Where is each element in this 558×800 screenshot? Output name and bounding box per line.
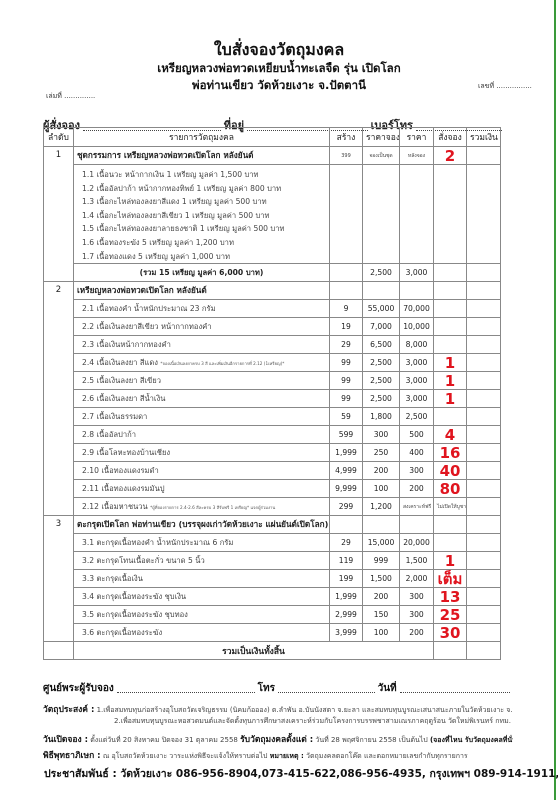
item-order-qty[interactable]: 40 <box>434 462 467 480</box>
table-row: 2.2 เนื้อเงินลงยาสีเขียว หน้ากากทองคำ197… <box>44 318 501 336</box>
table-row: 2.11 เนื้อทองแดงรมมันปู9,99910020080 <box>44 480 501 498</box>
ceremony-text: ณ อุโบสถวัดห้วยเงาะ วาระแห่งพิธีจะแจ้งให… <box>103 752 268 760</box>
group-title: เหรียญหลวงพ่อทวดเปิดโลก หลังยันต์ <box>74 282 330 300</box>
item-name: 3.1 ตะกรุดเนื้อทองคำ น้ำหนักประมาณ 6 กรั… <box>82 538 233 547</box>
item-created-qty: 9,999 <box>330 480 363 498</box>
col-header-total: รวมเงิน <box>467 128 501 147</box>
group-qty: 399 <box>330 147 363 165</box>
item-name: 2.12 เนื้อมหาชนวน <box>82 502 148 511</box>
set-price: 3,000 <box>400 264 434 282</box>
item-price: 200 <box>400 624 434 642</box>
center-date-field[interactable] <box>400 681 510 693</box>
item-total[interactable] <box>467 372 501 390</box>
empty-cell <box>434 516 467 534</box>
table-row: 3.5 ตะกรุดเนื้อทองระฆัง ชุบทอง2,99915030… <box>44 606 501 624</box>
col-header-no: ลำดับ <box>44 128 74 147</box>
center-field[interactable] <box>117 681 255 693</box>
col-header-item: รายการวัตถุมงคล <box>74 128 330 147</box>
ceremony-label: พิธีพุทธาภิเษก : <box>43 751 101 761</box>
item-created-qty: 3,999 <box>330 624 363 642</box>
item-name-cell: 2.11 เนื้อทองแดงรมมันปู <box>74 480 330 498</box>
item-reserve-price: 300 <box>363 426 400 444</box>
set-items-list: 1.1 เนื้อนวะ หน้ากากเงิน 1 เหรียญ มูลค่า… <box>74 165 330 264</box>
empty-cell <box>400 516 434 534</box>
item-reserve-price: 250 <box>363 444 400 462</box>
item-name-cell: 2.9 เนื้อโลหะทองบ้านเชียง <box>74 444 330 462</box>
item-reserve-price: 100 <box>363 480 400 498</box>
item-order-qty[interactable]: 30 <box>434 624 467 642</box>
purpose-text-1: 1.เพื่อสมทบทุนก่อสร้างอุโบสถวัดเจริญธรรม… <box>97 706 513 714</box>
item-reserve-price: 200 <box>363 588 400 606</box>
group-row: 1ชุดกรรมการ เหรียญหลวงพ่อทวดเปิดโลก หลัง… <box>44 147 501 165</box>
group-reserve: จองเป็นชุด <box>363 147 400 165</box>
item-price: 500 <box>400 426 434 444</box>
item-price: 10,000 <box>400 318 434 336</box>
item-created-qty: 99 <box>330 354 363 372</box>
item-total[interactable] <box>467 480 501 498</box>
group-price: หลังจอง <box>400 147 434 165</box>
empty-cell <box>434 282 467 300</box>
item-created-qty: 599 <box>330 426 363 444</box>
table-row: 2.5 เนื้อเงินลงยา สีเขียว992,5003,0001 <box>44 372 501 390</box>
empty-cell <box>467 516 501 534</box>
item-total[interactable] <box>467 534 501 552</box>
ceremony-line: พิธีพุทธาภิเษก : ณ อุโบสถวัดห้วยเงาะ วาร… <box>43 748 513 762</box>
item-total[interactable] <box>467 408 501 426</box>
group-title: ชุดกรรมการ เหรียญหลวงพ่อทวดเปิดโลก หลังย… <box>74 147 330 165</box>
item-name-cell: 2.2 เนื้อเงินลงยาสีเขียว หน้ากากทองคำ <box>74 318 330 336</box>
item-price: 8,000 <box>400 336 434 354</box>
item-name: 2.2 เนื้อเงินลงยาสีเขียว หน้ากากทองคำ <box>82 322 212 331</box>
item-name-cell: 3.2 ตะกรุดโทนเนื้อตะกั่ว ขนาด 5 นิ้ว <box>74 552 330 570</box>
remark-label: หมายเหตุ : <box>270 752 304 760</box>
set-total-row: (รวม 15 เหรียญ มูลค่า 6,000 บาท)2,5003,0… <box>44 264 501 282</box>
item-created-qty: 9 <box>330 300 363 318</box>
item-price: 200 <box>400 480 434 498</box>
item-created-qty: 1,999 <box>330 444 363 462</box>
table-row: 2.1 เนื้อทองคำ น้ำหนักประมาณ 23 กรัม955,… <box>44 300 501 318</box>
grand-total-row: รวมเป็นเงินทั้งสิ้น <box>44 642 501 660</box>
item-name: 2.8 เนื้ออัลปาก้า <box>82 430 136 439</box>
item-reserve-price: 1,800 <box>363 408 400 426</box>
item-price: 70,000 <box>400 300 434 318</box>
item-created-qty: 99 <box>330 390 363 408</box>
item-reserve-price: 999 <box>363 552 400 570</box>
item-created-qty: 59 <box>330 408 363 426</box>
set-reserve: 2,500 <box>363 264 400 282</box>
table-row: 2.6 เนื้อเงินลงยา สีน้ำเงิน992,5003,0001 <box>44 390 501 408</box>
item-name: 2.6 เนื้อเงินลงยา สีน้ำเงิน <box>82 394 165 403</box>
item-reserve-price: 55,000 <box>363 300 400 318</box>
group-number: 2 <box>44 282 74 516</box>
empty-cell <box>467 165 501 264</box>
item-price: 300 <box>400 606 434 624</box>
item-total[interactable] <box>467 606 501 624</box>
item-total[interactable] <box>467 552 501 570</box>
center-label: ศูนย์พระผู้รับจอง <box>43 681 114 696</box>
item-price: 3,000 <box>400 354 434 372</box>
purpose-line: วัตถุประสงค์ : 1.เพื่อสมทบทุนก่อสร้างอุโ… <box>43 702 513 716</box>
center-date-label: วันที่ <box>378 681 397 696</box>
item-reserve-price: 100 <box>363 624 400 642</box>
empty-cell <box>434 165 467 264</box>
item-total[interactable] <box>467 462 501 480</box>
item-name-cell: 3.1 ตะกรุดเนื้อทองคำ น้ำหนักประมาณ 6 กรั… <box>74 534 330 552</box>
set-item: 1.7 เนื้อทองแดง 5 เหรียญ มูลค่า 1,000 บา… <box>82 250 325 264</box>
item-name-cell: 2.8 เนื้ออัลปาก้า <box>74 426 330 444</box>
set-items-row: 1.1 เนื้อนวะ หน้ากากเงิน 1 เหรียญ มูลค่า… <box>44 165 501 264</box>
item-name: 2.7 เนื้อเงินธรรมดา <box>82 412 147 421</box>
item-order-qty[interactable]: 1 <box>434 354 467 372</box>
item-name-cell: 3.4 ตะกรุดเนื้อทองระฆัง ชุบเงิน <box>74 588 330 606</box>
item-reserve-price: 1,200 <box>363 498 400 516</box>
empty-cell <box>330 516 363 534</box>
item-created-qty: 199 <box>330 570 363 588</box>
set-total-label: (รวม 15 เหรียญ มูลค่า 6,000 บาท) <box>74 264 330 282</box>
item-total[interactable] <box>467 390 501 408</box>
item-reserve-price: 2,500 <box>363 390 400 408</box>
item-reserve-price: 15,000 <box>363 534 400 552</box>
group-total[interactable] <box>467 147 501 165</box>
item-order-qty[interactable] <box>434 318 467 336</box>
col-header-price: ราคา <box>400 128 434 147</box>
table-row: 2.3 เนื้อเงินหน้ากากทองคำ296,5008,000 <box>44 336 501 354</box>
item-created-qty: 19 <box>330 318 363 336</box>
item-order-qty[interactable]: 80 <box>434 480 467 498</box>
item-order-qty[interactable] <box>434 300 467 318</box>
page-edge-line <box>554 0 556 800</box>
empty-cell <box>363 282 400 300</box>
item-price: 2,500 <box>400 408 434 426</box>
receive-note: (จองที่ไหน รับวัตถุมงคลที่นั่น) <box>430 736 513 744</box>
table-row: 3.2 ตะกรุดโทนเนื้อตะกั่ว ขนาด 5 นิ้ว1199… <box>44 552 501 570</box>
table-row: 3.4 ตะกรุดเนื้อทองระฆัง ชุบเงิน1,9992003… <box>44 588 501 606</box>
item-price: 2,000 <box>400 570 434 588</box>
item-reserve-price: 6,500 <box>363 336 400 354</box>
item-order-qty[interactable]: เต็ม <box>434 570 467 588</box>
col-header-reserve-price: ราคาจอง <box>363 128 400 147</box>
center-phone-label: โทร <box>258 681 275 696</box>
empty-cell <box>400 165 434 264</box>
receiving-center-line: ศูนย์พระผู้รับจอง โทร วันที่ <box>43 681 513 696</box>
item-total[interactable] <box>467 426 501 444</box>
item-name: 2.10 เนื้อทองแดงรมดำ <box>82 466 159 475</box>
item-name: 3.4 ตะกรุดเนื้อทองระฆัง ชุบเงิน <box>82 592 186 601</box>
receive-text: วันที่ 28 พฤศจิกายน 2558 เป็นต้นไป <box>315 736 427 744</box>
item-name-cell: 2.10 เนื้อทองแดงรมดำ <box>74 462 330 480</box>
item-created-qty: 29 <box>330 336 363 354</box>
table-row: 2.10 เนื้อทองแดงรมดำ4,99920030040 <box>44 462 501 480</box>
item-order-qty[interactable]: 13 <box>434 588 467 606</box>
table-row: 2.12 เนื้อมหาชนวน *ผู้ที่จองรายการ 2.4-2… <box>44 498 501 516</box>
item-price: 1,500 <box>400 552 434 570</box>
item-created-qty: 29 <box>330 534 363 552</box>
item-order-qty[interactable]: 1 <box>434 372 467 390</box>
item-order-qty[interactable]: 25 <box>434 606 467 624</box>
grand-total-label: รวมเป็นเงินทั้งสิ้น <box>74 642 434 660</box>
booking-dates-line: วันเปิดจอง : ตั้งแต่วันที่ 20 สิงหาคม ปิ… <box>43 732 513 746</box>
item-name-cell: 2.6 เนื้อเงินลงยา สีน้ำเงิน <box>74 390 330 408</box>
item-name: 3.2 ตะกรุดโทนเนื้อตะกั่ว ขนาด 5 นิ้ว <box>82 556 205 565</box>
table-row: 2.4 เนื้อเงินลงยา สีแดง *จองเนื้อเงินลงย… <box>44 354 501 372</box>
grand-total-amount[interactable] <box>467 642 501 660</box>
item-name: 2.4 เนื้อเงินลงยา สีแดง <box>82 358 158 367</box>
col-header-order: สั่งจอง <box>434 128 467 147</box>
empty-cell <box>400 282 434 300</box>
item-total[interactable] <box>467 588 501 606</box>
empty-cell <box>363 165 400 264</box>
group-row: 2เหรียญหลวงพ่อทวดเปิดโลก หลังยันต์ <box>44 282 501 300</box>
item-order-qty[interactable] <box>434 336 467 354</box>
empty-cell <box>467 282 501 300</box>
set-item: 1.5 เนื้อกะไหล่ทองลงยาลายธงชาติ 1 เหรียญ… <box>82 222 325 236</box>
table-row: 3.6 ตะกรุดเนื้อทองระฆัง3,99910020030 <box>44 624 501 642</box>
group-order-qty[interactable]: 2 <box>434 147 467 165</box>
item-name-cell: 2.1 เนื้อทองคำ น้ำหนักประมาณ 23 กรัม <box>74 300 330 318</box>
contact-line: ประชาสัมพันธ์ : วัดห้วยเงาะ 086-956-8904… <box>44 765 558 782</box>
item-name-cell: 2.12 เนื้อมหาชนวน *ผู้ที่จองรายการ 2.4-2… <box>74 498 330 516</box>
document-number: เลขที่ ................ <box>478 81 532 92</box>
item-name-cell: 3.3 ตะกรุดเนื้อเงิน <box>74 570 330 588</box>
center-phone-field[interactable] <box>278 681 375 693</box>
empty-cell <box>363 516 400 534</box>
item-price: 400 <box>400 444 434 462</box>
open-text: ตั้งแต่วันที่ 20 สิงหาคม ปิดจอง 31 ตุลาค… <box>90 736 238 744</box>
item-price: 20,000 <box>400 534 434 552</box>
table-row: 2.9 เนื้อโลหะทองบ้านเชียง1,99925040016 <box>44 444 501 462</box>
item-order-qty[interactable]: 16 <box>434 444 467 462</box>
item-name-cell: 2.3 เนื้อเงินหน้ากากทองคำ <box>74 336 330 354</box>
table-row: 2.7 เนื้อเงินธรรมดา591,8002,500 <box>44 408 501 426</box>
empty-cell <box>330 282 363 300</box>
item-reserve-price: 1,500 <box>363 570 400 588</box>
item-reserve-price: 2,500 <box>363 354 400 372</box>
item-created-qty: 299 <box>330 498 363 516</box>
item-name: 2.1 เนื้อทองคำ น้ำหนักประมาณ 23 กรัม <box>82 304 216 313</box>
item-reserve-price: 7,000 <box>363 318 400 336</box>
set-item: 1.2 เนื้ออัลปาก้า หน้ากากทองทิพย์ 1 เหรี… <box>82 182 325 196</box>
table-row: 3.1 ตะกรุดเนื้อทองคำ น้ำหนักประมาณ 6 กรั… <box>44 534 501 552</box>
purpose-text-2: 2.เพื่อสมทบทุนบูรณะหอสวดมนต์และจัดตั้งทุ… <box>114 717 511 725</box>
item-name: 3.3 ตะกรุดเนื้อเงิน <box>82 574 143 583</box>
group-row: 3ตะกรุดเปิดโลก พ่อท่านเขียว (บรรจุผงเก่า… <box>44 516 501 534</box>
item-total[interactable] <box>467 318 501 336</box>
item-total[interactable] <box>467 300 501 318</box>
col-header-created: สร้าง <box>330 128 363 147</box>
table-row: 2.8 เนื้ออัลปาก้า5993005004 <box>44 426 501 444</box>
item-created-qty: 4,999 <box>330 462 363 480</box>
set-item: 1.1 เนื้อนวะ หน้ากากเงิน 1 เหรียญ มูลค่า… <box>82 168 325 182</box>
item-price: สงเคราะห์ฟรี <box>400 498 434 516</box>
item-name-cell: 3.6 ตะกรุดเนื้อทองระฆัง <box>74 624 330 642</box>
item-order-qty[interactable] <box>434 534 467 552</box>
table-header-row: ลำดับ รายการวัตถุมงคล สร้าง ราคาจอง ราคา… <box>44 128 501 147</box>
purpose-line-2: 2.เพื่อสมทบทุนบูรณะหอสวดมนต์และจัดตั้งทุ… <box>114 716 558 727</box>
item-total[interactable] <box>467 336 501 354</box>
item-name: 2.11 เนื้อทองแดงรมมันปู <box>82 484 165 493</box>
item-created-qty: 2,999 <box>330 606 363 624</box>
grand-total-order[interactable] <box>434 642 467 660</box>
item-name: 2.3 เนื้อเงินหน้ากากทองคำ <box>82 340 171 349</box>
item-total[interactable] <box>467 444 501 462</box>
empty-cell <box>44 642 74 660</box>
item-order-qty[interactable]: 4 <box>434 426 467 444</box>
empty-cell <box>330 264 363 282</box>
purpose-label: วัตถุประสงค์ : <box>43 705 94 715</box>
open-label: วันเปิดจอง : <box>43 735 88 745</box>
item-note: *ผู้ที่จองรายการ 2.4-2.6 สีละครบ 3 สีรับ… <box>150 505 275 510</box>
item-price: 3,000 <box>400 390 434 408</box>
set-item: 1.3 เนื้อกะไหล่ทองลงยาสีแดง 1 เหรียญ มูล… <box>82 195 325 209</box>
item-order-qty[interactable] <box>434 408 467 426</box>
item-name-cell: 2.7 เนื้อเงินธรรมดา <box>74 408 330 426</box>
item-name: 2.5 เนื้อเงินลงยา สีเขียว <box>82 376 161 385</box>
item-name: 3.6 ตะกรุดเนื้อทองระฆัง <box>82 628 162 637</box>
item-name: 2.9 เนื้อโลหะทองบ้านเชียง <box>82 448 170 457</box>
set-item: 1.4 เนื้อกะไหล่ทองลงยาสีเขียว 1 เหรียญ ม… <box>82 209 325 223</box>
item-total[interactable] <box>467 570 501 588</box>
book-number: เล่มที่ .............. <box>46 91 95 102</box>
set-row-total[interactable] <box>467 264 501 282</box>
group-title: ตะกรุดเปิดโลก พ่อท่านเขียว (บรรจุผงเก่าว… <box>74 516 330 534</box>
item-order-qty[interactable]: 1 <box>434 390 467 408</box>
receive-label: รับวัตถุมงคลตั้งแต่ : <box>240 735 313 745</box>
table-row: 3.3 ตะกรุดเนื้อเงิน1991,5002,000เต็ม <box>44 570 501 588</box>
item-total[interactable] <box>467 354 501 372</box>
item-created-qty: 99 <box>330 372 363 390</box>
item-price: 300 <box>400 588 434 606</box>
item-reserve-price: 2,500 <box>363 372 400 390</box>
remark-text: วัตถุมงคลตอกโค๊ด และตอกหมายเลขกำกับทุกรา… <box>306 752 468 760</box>
group-number: 1 <box>44 147 74 282</box>
item-total[interactable] <box>467 624 501 642</box>
set-order[interactable] <box>434 264 467 282</box>
item-reserve-price: 200 <box>363 462 400 480</box>
item-name-cell: 3.5 ตะกรุดเนื้อทองระฆัง ชุบทอง <box>74 606 330 624</box>
item-name-cell: 2.5 เนื้อเงินลงยา สีเขียว <box>74 372 330 390</box>
item-price: 300 <box>400 462 434 480</box>
group-number: 3 <box>44 516 74 642</box>
empty-cell <box>330 165 363 264</box>
item-name: 3.5 ตะกรุดเนื้อทองระฆัง ชุบทอง <box>82 610 188 619</box>
set-item: 1.6 เนื้อทองระฆัง 5 เหรียญ มูลค่า 1,200 … <box>82 236 325 250</box>
item-total[interactable] <box>467 498 501 516</box>
order-table: ลำดับ รายการวัตถุมงคล สร้าง ราคาจอง ราคา… <box>43 127 501 660</box>
item-created-qty: 119 <box>330 552 363 570</box>
item-note: *จองเนื้อเงินลงยาครบ 3 สี และเพิ่มเงินอี… <box>160 361 284 366</box>
item-created-qty: 1,999 <box>330 588 363 606</box>
form-subtitle: เหรียญหลวงพ่อทวดเหยียบน้ำทะเลจืด รุ่น เป… <box>0 60 558 78</box>
item-price: 3,000 <box>400 372 434 390</box>
item-order-qty[interactable]: 1 <box>434 552 467 570</box>
item-reserve-price: 150 <box>363 606 400 624</box>
item-order-qty[interactable]: ไม่เปิดให้บูชา <box>434 498 467 516</box>
item-name-cell: 2.4 เนื้อเงินลงยา สีแดง *จองเนื้อเงินลงย… <box>74 354 330 372</box>
